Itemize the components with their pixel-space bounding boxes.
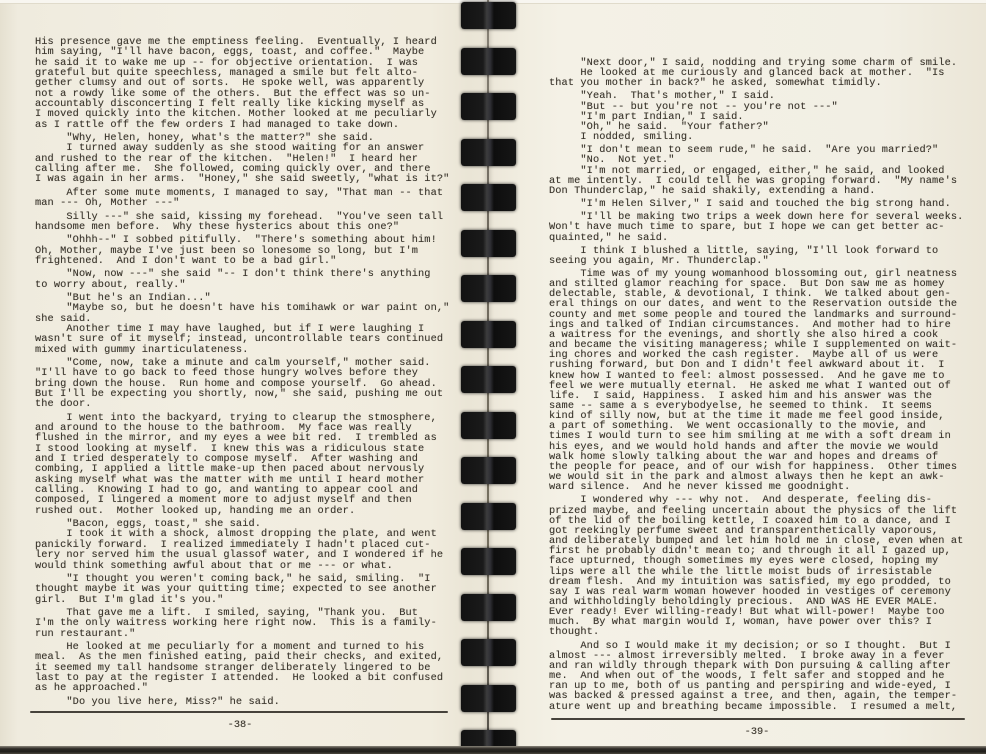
binding-tab xyxy=(461,230,516,257)
book-bottom-edge xyxy=(0,746,986,754)
paragraph: "Do you live here, Miss?" he said. xyxy=(35,697,453,707)
paragraph: Silly ---" she said, kissing my forehead… xyxy=(35,212,453,233)
paragraph: "I'll be making two trips a week down he… xyxy=(549,212,969,242)
paragraph: "Now, now ---" she said "-- I don't thin… xyxy=(35,269,453,290)
paragraph: "Maybe so, but he doesn't have his tomih… xyxy=(35,303,453,324)
paragraph: "I thought you weren't coming back," he … xyxy=(35,574,453,605)
binding-tab xyxy=(461,184,516,211)
paragraph: And so I would make it my decision; or s… xyxy=(549,641,969,712)
binding-tab xyxy=(461,548,516,575)
paragraph: "I'm Helen Silver," I said and touched t… xyxy=(549,199,969,209)
page-38-text: His presence gave me the emptiness feeli… xyxy=(35,37,453,707)
paragraph: I think I blushed a little, saying, "I'l… xyxy=(549,246,969,266)
paragraph: His presence gave me the emptiness feeli… xyxy=(35,37,453,130)
binding-tab xyxy=(461,503,516,530)
paragraph: That gave me a lift. I smiled, saying, "… xyxy=(35,608,453,639)
binding-tab xyxy=(461,412,516,439)
binding-tab xyxy=(461,2,516,29)
binding-tab xyxy=(461,366,516,393)
page-38-footer-rule xyxy=(30,711,448,713)
paragraph: I took it with a shock, almost dropping … xyxy=(35,529,453,570)
binding-tab xyxy=(461,457,516,484)
paragraph: I nodded, smiling. xyxy=(549,132,969,142)
binding-tab xyxy=(461,639,516,666)
binding-tab xyxy=(461,275,516,302)
paragraph: "Come, now, take a minute and calm yours… xyxy=(35,358,453,410)
paragraph: "Ohhh--" I sobbed pitifully. "There's so… xyxy=(35,235,453,266)
binding-tab xyxy=(461,685,516,712)
paragraph: I wondered why --- why not. And desperat… xyxy=(549,495,969,637)
book-scan: His presence gave me the emptiness feeli… xyxy=(0,0,986,754)
binding-tab xyxy=(461,321,516,348)
paragraph: I went into the backyard, trying to clea… xyxy=(35,413,453,516)
page-39-number: -39- xyxy=(549,726,965,738)
paragraph: After some mute moments, I managed to sa… xyxy=(35,188,453,209)
page-39-text: "Next door," I said, nodding and trying … xyxy=(549,58,969,712)
binding-tab xyxy=(461,93,516,120)
paragraph: He looked at me peculiarly for a moment … xyxy=(35,642,453,694)
page-38-number: -38- xyxy=(35,719,445,731)
paragraph: Another time I may have laughed, but if … xyxy=(35,324,453,355)
paragraph: "I'm not married, or engaged, either," h… xyxy=(549,166,969,196)
binding-tab xyxy=(461,594,516,621)
page-39-footer-rule xyxy=(551,718,965,720)
paragraph: He looked at me curiously and glanced ba… xyxy=(549,68,969,88)
paragraph: Time was of my young womanhood blossomin… xyxy=(549,269,969,492)
binding-tab xyxy=(461,139,516,166)
paragraph: I turned away suddenly as she stood wait… xyxy=(35,143,453,184)
binding-tab xyxy=(461,48,516,75)
